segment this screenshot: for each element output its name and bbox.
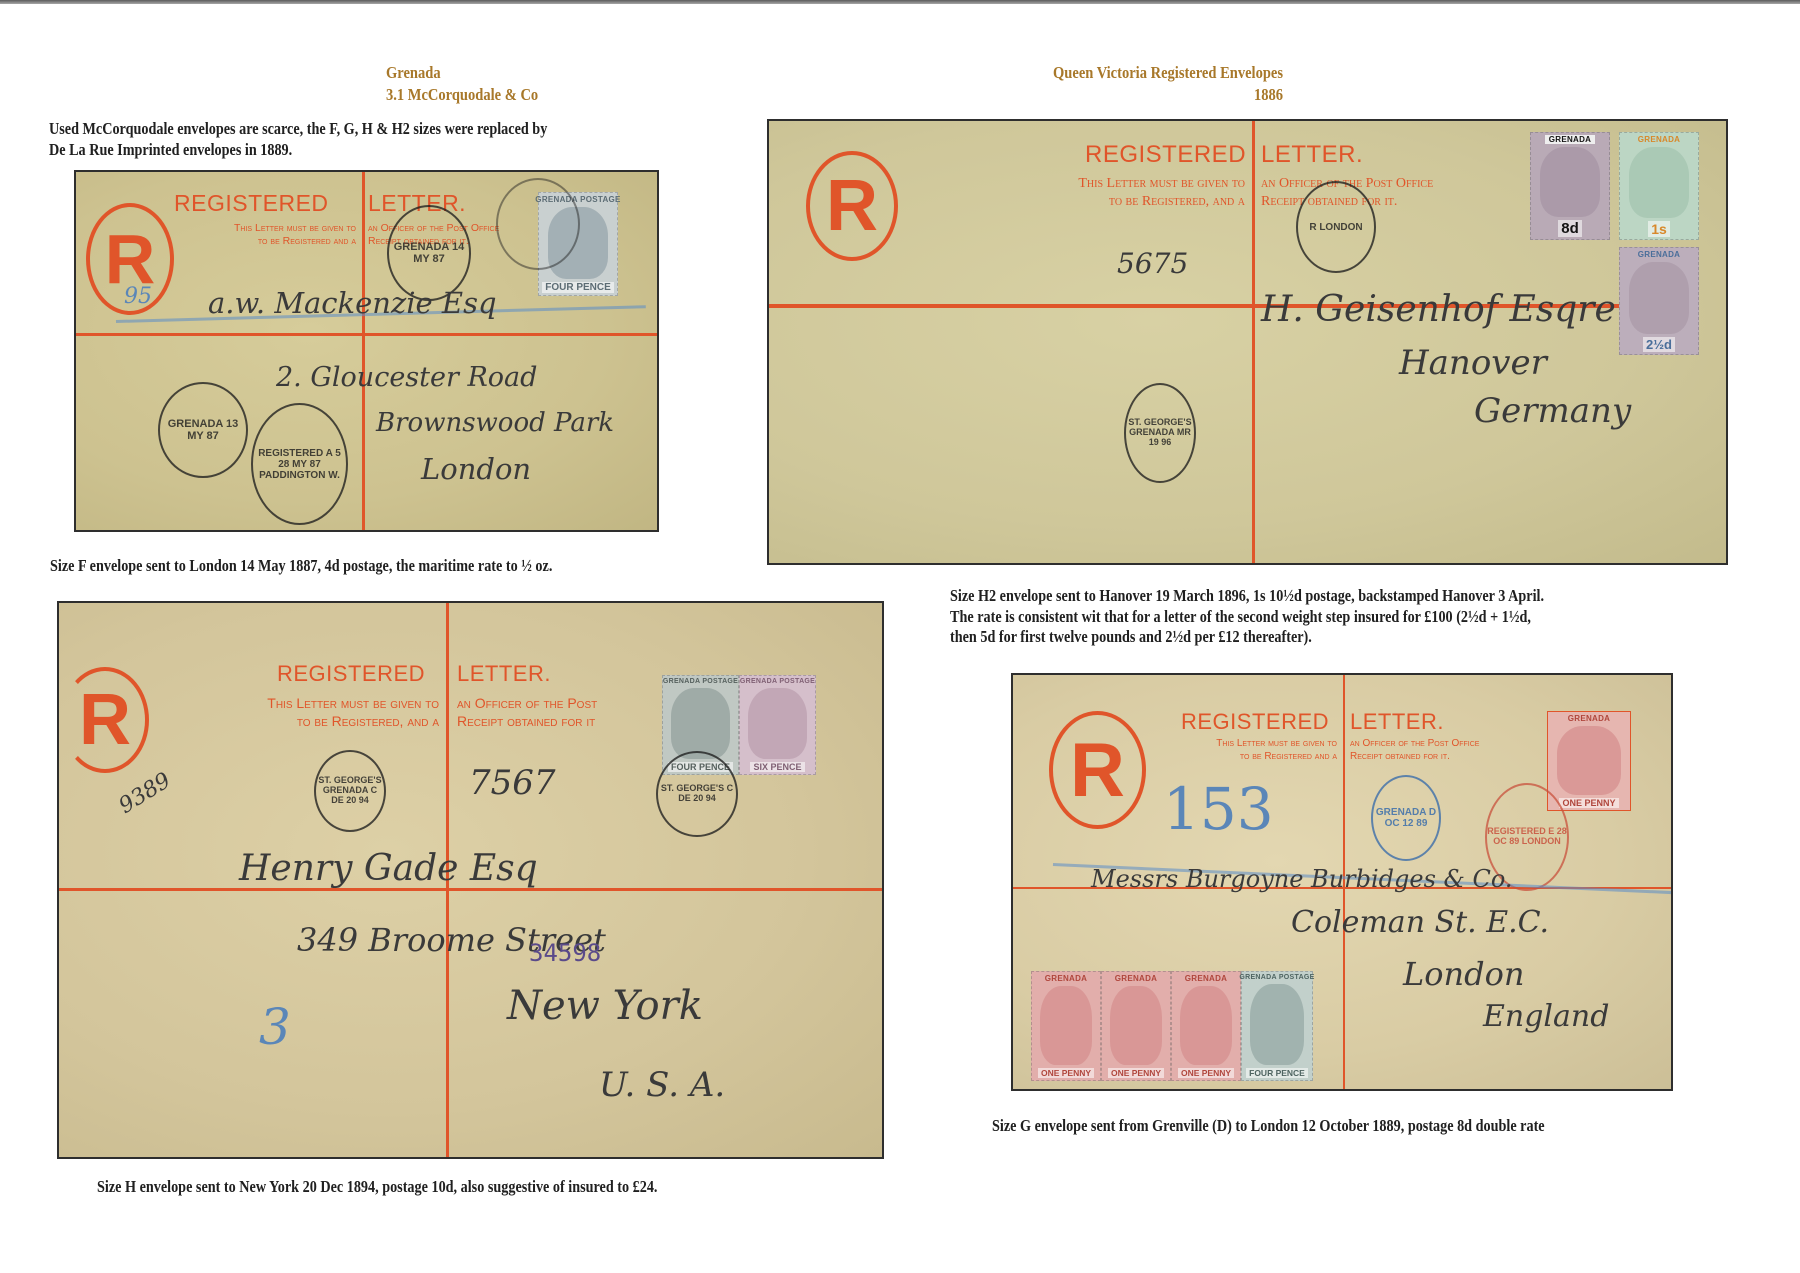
instruction-left: This Letter must be given to to be Regis… bbox=[162, 222, 356, 248]
address-line: England bbox=[1483, 999, 1609, 1034]
postmark-registered-paddington: REGISTERED A 5 28 MY 87 PADDINGTON W. bbox=[251, 403, 348, 525]
address-line: Brownswood Park bbox=[376, 408, 614, 438]
caption-line: The rate is consistent wit that for a le… bbox=[950, 607, 1544, 628]
caption-size-g: Size G envelope sent from Grenville (D) … bbox=[992, 1116, 1545, 1137]
registered-r-mark: R bbox=[806, 151, 898, 261]
envelope-size-f: R REGISTERED LETTER. This Letter must be… bbox=[74, 170, 659, 532]
address-line: 2. Gloucester Road bbox=[276, 362, 537, 393]
envelope-size-g: R REGISTERED LETTER. This Letter must be… bbox=[1011, 673, 1673, 1091]
registration-number: 7567 bbox=[469, 763, 556, 803]
exhibit-year: 1886 bbox=[1053, 84, 1283, 106]
address-line: U. S. A. bbox=[599, 1065, 725, 1105]
postmark-london-r: R LONDON bbox=[1296, 181, 1376, 273]
letter-label: LETTER. bbox=[1261, 141, 1363, 169]
letter-label: LETTER. bbox=[1350, 709, 1444, 735]
exhibit-title: Queen Victoria Registered Envelopes bbox=[1053, 62, 1283, 84]
address-line: Hanover bbox=[1399, 343, 1547, 383]
address-line: Germany bbox=[1474, 391, 1631, 431]
address-line: London bbox=[1403, 955, 1524, 993]
postmark-st-georges-grenada: ST. GEORGE'S GRENADA C DE 20 94 bbox=[314, 750, 386, 832]
caption-size-h2: Size H2 envelope sent to Hanover 19 Marc… bbox=[950, 586, 1544, 648]
stamp-one-penny: GRENADA ONE PENNY bbox=[1171, 971, 1241, 1081]
envelope-vertical-line bbox=[362, 172, 365, 532]
stamp-one-penny: GRENADA ONE PENNY bbox=[1031, 971, 1101, 1081]
pencil-note: 9389 bbox=[115, 768, 176, 819]
queen-victoria-portrait-icon bbox=[1629, 262, 1690, 334]
caption-line: Size H2 envelope sent to Hanover 19 Marc… bbox=[950, 586, 1544, 607]
registered-label: REGISTERED bbox=[1181, 709, 1329, 735]
stamp-1s: GRENADA 1s bbox=[1619, 132, 1699, 240]
page-top-rule bbox=[0, 0, 1800, 4]
envelope-size-h: R REGISTERED LETTER. This Letter must be… bbox=[57, 601, 884, 1159]
registered-label: REGISTERED bbox=[174, 190, 329, 217]
queen-victoria-portrait-icon bbox=[1110, 986, 1163, 1065]
address-line: Coleman St. E.C. bbox=[1291, 905, 1549, 940]
queen-victoria-portrait-icon bbox=[1180, 986, 1233, 1065]
instruction-right: an Officer of the Post Office Receipt ob… bbox=[1350, 738, 1479, 763]
registration-number: 5675 bbox=[1117, 247, 1188, 280]
caption-size-h: Size H envelope sent to New York 20 Dec … bbox=[97, 1177, 657, 1198]
instruction-right: an Officer of the Post Receipt obtained … bbox=[457, 695, 597, 730]
postmark-st-georges: ST. GEORGE'S C DE 20 94 bbox=[656, 751, 738, 837]
letter-label: LETTER. bbox=[457, 661, 551, 687]
registered-label: REGISTERED bbox=[1085, 141, 1246, 169]
queen-victoria-portrait-icon bbox=[1040, 986, 1093, 1065]
address-line: a.w. Mackenzie Esq bbox=[208, 286, 497, 320]
intro-text: Used McCorquodale envelopes are scarce, … bbox=[49, 119, 547, 160]
envelope-size-h2: R REGISTERED LETTER. This Letter must be… bbox=[767, 119, 1728, 565]
caption-line: then 5d for first twelve pounds and 2½d … bbox=[950, 627, 1544, 648]
postmark-grenada-13-my-87: GRENADA 13 MY 87 bbox=[158, 382, 248, 478]
caption-size-f: Size F envelope sent to London 14 May 18… bbox=[50, 556, 552, 577]
instruction-left: This Letter must be given to to be Regis… bbox=[1123, 738, 1337, 763]
queen-victoria-portrait-icon bbox=[671, 688, 729, 759]
address-line: New York bbox=[507, 983, 703, 1029]
envelope-vertical-line bbox=[1252, 121, 1255, 565]
blue-crayon-note: 3 bbox=[259, 998, 291, 1056]
section-heading-right: Queen Victoria Registered Envelopes 1886 bbox=[1053, 62, 1283, 106]
envelope-horizontal-line bbox=[76, 333, 659, 336]
stamp-one-penny: GRENADA ONE PENNY bbox=[1101, 971, 1171, 1081]
queen-victoria-portrait-icon bbox=[1540, 147, 1601, 217]
postmark-grenada-d: GRENADA D OC 12 89 bbox=[1371, 775, 1441, 861]
registered-r-mark: R bbox=[1049, 711, 1146, 829]
stamp-four-pence: GRENADA POSTAGE FOUR PENCE bbox=[1241, 971, 1313, 1081]
instruction-left: This Letter must be given to to be Regis… bbox=[159, 695, 439, 730]
address-line: Messrs Burgoyne Burbidges & Co. bbox=[1091, 865, 1513, 893]
address-line: H. Geisenhof Esqre bbox=[1261, 289, 1616, 330]
stamp-8d: GRENADA 8d bbox=[1530, 132, 1610, 240]
stamp-2-half-d: GRENADA 2½d bbox=[1619, 247, 1699, 355]
address-line: London bbox=[421, 452, 531, 486]
section-heading-left: Grenada 3.1 McCorquodale & Co bbox=[386, 62, 538, 106]
intro-line: Used McCorquodale envelopes are scarce, … bbox=[49, 119, 547, 140]
address-line: Henry Gade Esq bbox=[239, 848, 538, 889]
queen-victoria-portrait-icon bbox=[1629, 147, 1690, 218]
blue-crayon-number: 153 bbox=[1163, 775, 1274, 843]
pencil-note: 95 bbox=[124, 284, 152, 309]
registered-label: REGISTERED bbox=[277, 661, 425, 687]
postmark-st-georges-grenada: ST. GEORGE'S GRENADA MR 19 96 bbox=[1124, 383, 1196, 483]
impressed-stamp-one-penny: GRENADA ONE PENNY bbox=[1547, 711, 1631, 811]
queen-victoria-portrait-icon bbox=[1557, 726, 1621, 795]
section-title: 3.1 McCorquodale & Co bbox=[386, 84, 538, 106]
queen-victoria-portrait-icon bbox=[748, 688, 806, 759]
stamp-six-pence: GRENADA POSTAGE SIX PENCE bbox=[739, 675, 816, 775]
country-title: Grenada bbox=[386, 62, 538, 84]
queen-victoria-portrait-icon bbox=[1250, 984, 1304, 1065]
intro-line: De La Rue Imprinted envelopes in 1889. bbox=[49, 140, 547, 161]
violet-number-stamp: 34598 bbox=[529, 939, 601, 967]
registered-r-mark: R bbox=[61, 667, 149, 773]
postmark-cancel bbox=[496, 178, 580, 270]
instruction-left: This Letter must be given to to be Regis… bbox=[969, 175, 1245, 210]
